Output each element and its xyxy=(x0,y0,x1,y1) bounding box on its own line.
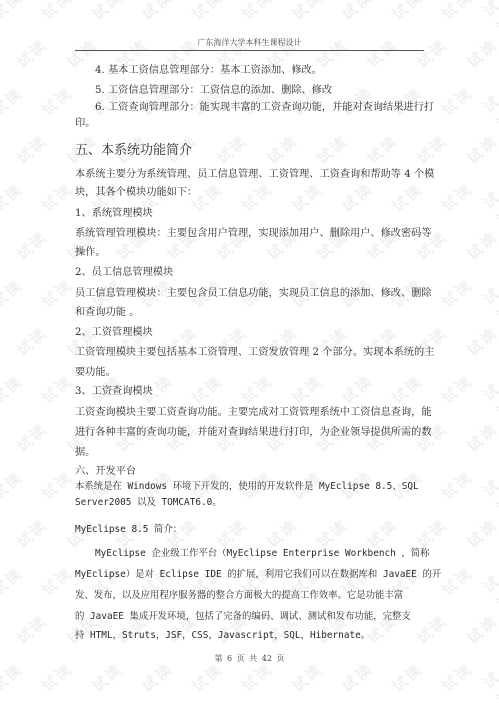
paragraph-line: 据。 xyxy=(75,446,95,460)
module-title: 2、员工信息管理模块 xyxy=(75,266,173,280)
module-title: 3、工资查询模块 xyxy=(75,385,153,399)
page-header-title: 广东海洋大学本科生课程设计 xyxy=(0,37,499,48)
paragraph-line: 工资管理模块主要包括基本工资管理、工资发放管理 2 个部分。实现本系统的主 xyxy=(75,346,434,360)
paragraph-line: 的 JavaEE 集成开发环境，包括了完备的编码、调试、测试和发布功能，完整支 xyxy=(75,610,411,624)
paragraph-line: 本系统主要分为系统管理、员工信息管理、工资管理、工资查询和帮助等 4 个模 xyxy=(75,168,434,182)
paragraph-line: 发、发布，以及应用程序服务器的整合方面极大的提高工作效率。它是功能丰富 xyxy=(75,589,403,603)
paragraph-line: 持 HTML，Struts，JSF，CSS，Javascript，SQL，Hib… xyxy=(75,629,370,643)
paragraph-line: 操作。 xyxy=(75,246,106,260)
list-item-6: 6. 工资查询管理部分：能实现丰富的工资查询功能，并能对查询结果进行打 xyxy=(95,101,434,115)
module-title: 1、系统管理模块 xyxy=(75,207,153,221)
paragraph-line: Server2005 以及 TOMCAT6.0。 xyxy=(75,496,222,510)
list-item-6-continued: 印。 xyxy=(75,117,95,131)
paragraph-line: 员工信息管理模块：主要包含员工信息功能，实现员工信息的添加、修改、删除 xyxy=(75,287,432,301)
paragraph-line: 系统管理管理模块：主要包含用户管理，实现添加用户、删除用户、修改密码等 xyxy=(75,227,432,241)
section-heading-5: 五、本系统功能简介 xyxy=(75,144,192,158)
page-number: 第 6 页 共 42 页 xyxy=(0,653,499,664)
list-item-5: 5. 工资信息管理部分：工资信息的添加、删除、修改 xyxy=(95,84,332,98)
paragraph-line: 进行各种丰富的查询功能，并能对查询结果进行打印，为企业领导提供所需的数 xyxy=(75,426,432,440)
header-divider xyxy=(75,50,424,51)
section-heading-6: 六、开发平台 xyxy=(75,465,136,479)
document-page: 广东海洋大学本科生课程设计 4. 基本工资信息管理部分：基本工资添加、修改。 5… xyxy=(0,0,499,706)
paragraph-line: 和查询功能 。 xyxy=(75,306,139,320)
paragraph-line: MyEclipse 企业级工作平台（MyEclipse Enterprise W… xyxy=(95,547,430,561)
paragraph-line: 块，其各个模块功能如下： xyxy=(75,186,197,200)
paragraph-line: 工资查询模块主要工资查询功能。主要完成对工资管理系统中工资信息查询，能 xyxy=(75,406,432,420)
subsection-title: MyEclipse 8.5 简介： xyxy=(75,523,182,537)
paragraph-line: MyEclipse）是对 Eclipse IDE 的扩展，利用它我们可以在数据库… xyxy=(75,568,441,582)
paragraph-line: 要功能。 xyxy=(75,366,116,380)
list-item-4: 4. 基本工资信息管理部分：基本工资添加、修改。 xyxy=(95,64,322,78)
module-title: 2、工资管理模块 xyxy=(75,326,153,340)
paragraph-line: 本系统是在 Windows 环境下开发的，使用的开发软件是 MyEclipse … xyxy=(75,480,419,494)
